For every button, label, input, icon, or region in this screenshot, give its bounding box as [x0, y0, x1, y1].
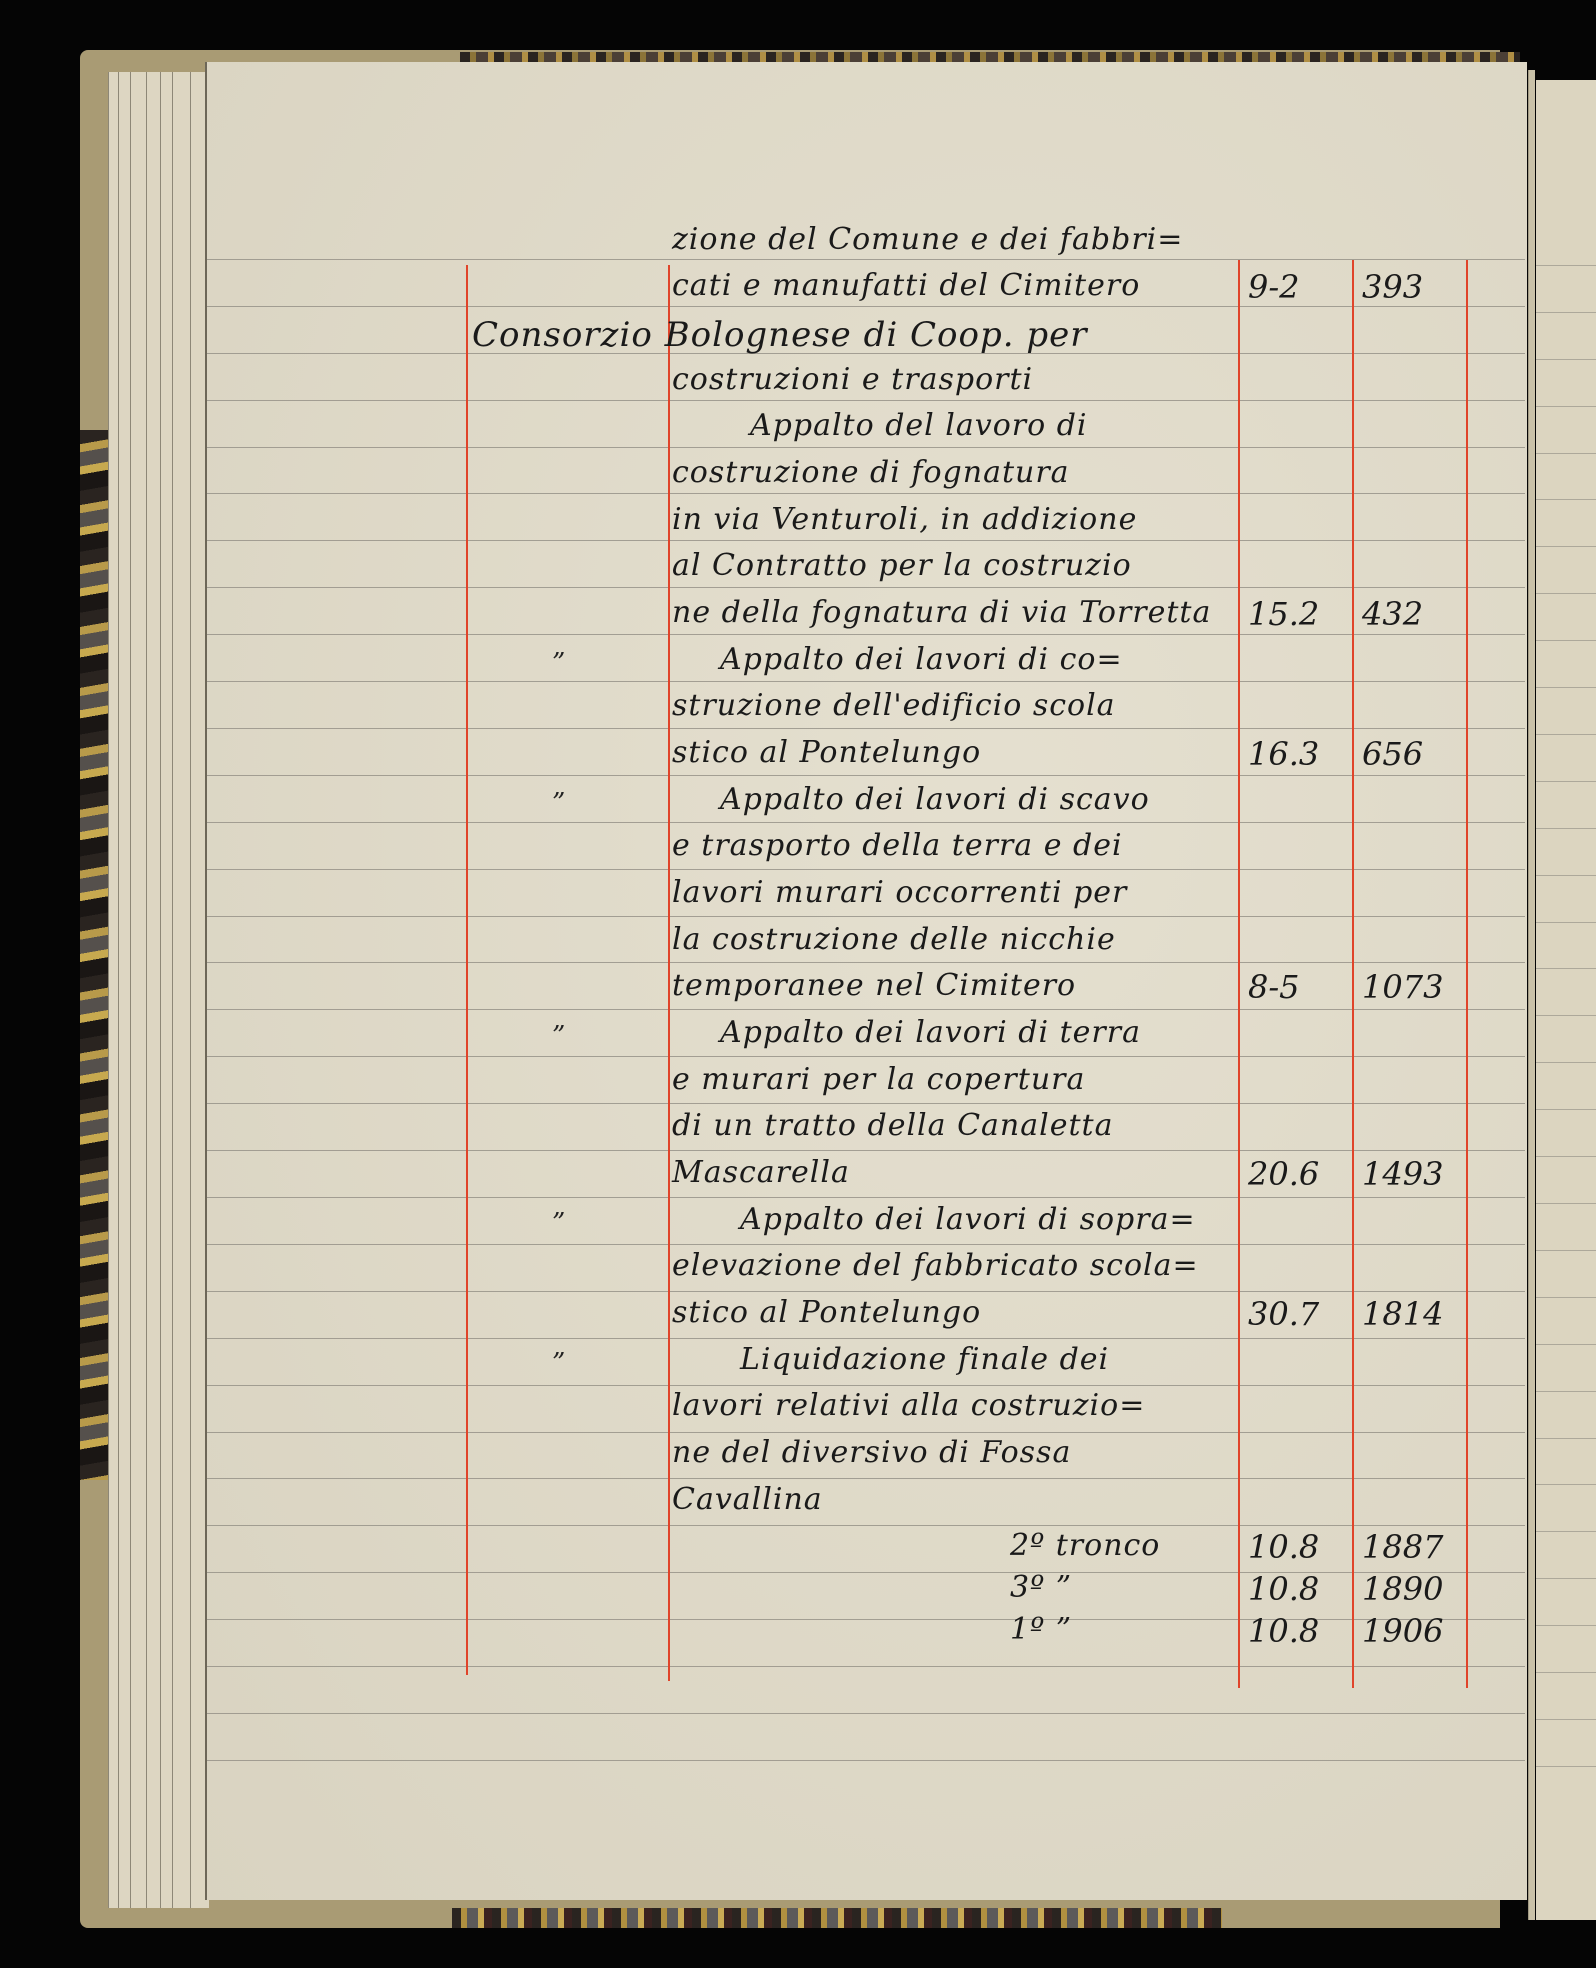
facing-ruled-line [1536, 593, 1596, 594]
entry-description: e trasporto della terra e dei [672, 828, 1123, 863]
facing-ruled-line [1536, 734, 1596, 735]
entry-description: lavori murari occorrenti per [672, 875, 1127, 910]
entry-description: stico al Pontelungo [672, 735, 981, 770]
entry-description: elevazione del fabbricato scola= [672, 1248, 1199, 1283]
ruled-line [207, 587, 1525, 588]
marbled-cover-edge-left [80, 430, 108, 1480]
ruled-line [207, 493, 1525, 494]
ditto-mark: ” [552, 1208, 565, 1238]
ruled-line [207, 1197, 1525, 1198]
facing-ruled-line [1536, 922, 1596, 923]
red-column-rule-name [466, 265, 468, 1675]
entry-description: temporanee nel Cimitero [672, 968, 1076, 1003]
ruled-line [207, 400, 1525, 401]
ruled-line [207, 962, 1525, 963]
red-column-rule-number [1352, 260, 1354, 1688]
facing-ruled-line [1536, 1484, 1596, 1485]
facing-ruled-line [1536, 1391, 1596, 1392]
ruled-line [207, 1103, 1525, 1104]
facing-page [1536, 80, 1596, 1920]
entry-number: 1073 [1362, 968, 1443, 1006]
entry-description: Appalto dei lavori di scavo [720, 782, 1150, 817]
facing-ruled-line [1536, 1578, 1596, 1579]
entry-description: Mascarella [672, 1155, 850, 1190]
ditto-mark: ” [552, 1021, 565, 1051]
entry-date: 9-2 [1248, 268, 1300, 306]
facing-ruled-line [1536, 312, 1596, 313]
facing-ruled-line [1536, 1203, 1596, 1204]
ruled-line [207, 728, 1525, 729]
facing-ruled-line [1536, 1766, 1596, 1767]
entry-description: la costruzione delle nicchie [672, 922, 1116, 957]
facing-ruled-line [1536, 1062, 1596, 1063]
facing-ruled-line [1536, 1625, 1596, 1626]
entry-date: 20.6 [1248, 1155, 1319, 1193]
entry-date: 15.2 [1248, 595, 1319, 633]
facing-ruled-line [1536, 406, 1596, 407]
entry-number: 1906 [1362, 1612, 1443, 1650]
entry-number: 656 [1362, 735, 1423, 773]
entry-description: struzione dell'edificio scola [672, 688, 1116, 723]
ruled-line [207, 1760, 1525, 1761]
ruled-line [207, 1385, 1525, 1386]
facing-ruled-line [1536, 453, 1596, 454]
entry-description: Appalto dei lavori di co= [720, 642, 1123, 677]
facing-ruled-line [1536, 1438, 1596, 1439]
ruled-line [207, 1432, 1525, 1433]
ruled-line [207, 1009, 1525, 1010]
facing-ruled-line [1536, 1719, 1596, 1720]
entry-description: costruzione di fognatura [672, 455, 1070, 490]
entry-description: costruzioni e trasporti [672, 362, 1033, 397]
facing-ruled-line [1536, 828, 1596, 829]
red-column-rule-description [668, 265, 670, 1681]
red-column-rule-date [1238, 260, 1240, 1688]
facing-ruled-line [1536, 1297, 1596, 1298]
entry-description: Cavallina [672, 1482, 823, 1517]
entry-number: 1890 [1362, 1570, 1443, 1608]
ruled-line [207, 1150, 1525, 1151]
entry-description: di un tratto della Canaletta [672, 1108, 1113, 1143]
ruled-line [207, 1291, 1525, 1292]
book-gutter [1528, 70, 1535, 1920]
ruled-line [207, 1244, 1525, 1245]
entry-description: ne della fognatura di via Torretta [672, 595, 1211, 630]
ruled-line [207, 259, 1525, 260]
ruled-line [207, 540, 1525, 541]
ruled-line [207, 775, 1525, 776]
entry-description: 2º tronco [1010, 1528, 1160, 1563]
entry-description: al Contratto per la costruzio [672, 548, 1132, 583]
facing-ruled-line [1536, 1156, 1596, 1157]
ruled-line [207, 822, 1525, 823]
ruled-line [207, 447, 1525, 448]
ruled-line [207, 1572, 1525, 1573]
ruled-line [207, 306, 1525, 307]
facing-ruled-line [1536, 687, 1596, 688]
facing-ruled-line [1536, 265, 1596, 266]
entry-description: 1º ” [1010, 1612, 1072, 1647]
facing-ruled-line [1536, 546, 1596, 547]
entry-date: 10.8 [1248, 1528, 1319, 1566]
marbled-cover-edge-bottom [452, 1908, 1222, 1928]
ruled-line [207, 1713, 1525, 1714]
entry-number: 1814 [1362, 1295, 1443, 1333]
facing-ruled-line [1536, 1672, 1596, 1673]
entry-description: Liquidazione finale dei [740, 1342, 1109, 1377]
entry-number: 432 [1362, 595, 1423, 633]
ditto-mark: ” [552, 648, 565, 678]
entry-date: 10.8 [1248, 1570, 1319, 1608]
entry-description: ne del diversivo di Fossa [672, 1435, 1071, 1470]
ruled-line [207, 634, 1525, 635]
red-column-rule-right [1466, 260, 1468, 1688]
entry-number: 1493 [1362, 1155, 1443, 1193]
entry-date: 10.8 [1248, 1612, 1319, 1650]
entry-description: Appalto dei lavori di sopra= [740, 1202, 1196, 1237]
facing-ruled-line [1536, 1015, 1596, 1016]
entry-description: Appalto del lavoro di [750, 408, 1088, 443]
facing-ruled-line [1536, 1250, 1596, 1251]
ditto-mark: ” [552, 788, 565, 818]
entry-date: 8-5 [1248, 968, 1300, 1006]
ruled-line [207, 869, 1525, 870]
ruled-line [207, 916, 1525, 917]
entry-description: zione del Comune e dei fabbri= [672, 222, 1183, 257]
ditto-mark: ” [552, 1348, 565, 1378]
ruled-line [207, 1525, 1525, 1526]
entry-description: lavori relativi alla costruzio= [672, 1388, 1145, 1423]
entry-date: 16.3 [1248, 735, 1319, 773]
ruled-line [207, 1338, 1525, 1339]
entry-date: 30.7 [1248, 1295, 1319, 1333]
facing-ruled-line [1536, 875, 1596, 876]
entry-number: 1887 [1362, 1528, 1443, 1566]
facing-ruled-line [1536, 640, 1596, 641]
entry-number: 393 [1362, 268, 1423, 306]
ruled-line [207, 1478, 1525, 1479]
entry-description: e murari per la copertura [672, 1062, 1085, 1097]
ruled-line [207, 1056, 1525, 1057]
facing-ruled-line [1536, 968, 1596, 969]
facing-ruled-line [1536, 781, 1596, 782]
facing-ruled-line [1536, 1344, 1596, 1345]
entry-description: 3º ” [1010, 1570, 1072, 1605]
entry-description: cati e manufatti del Cimitero [672, 268, 1140, 303]
ruled-line [207, 1619, 1525, 1620]
entry-description: stico al Pontelungo [672, 1295, 981, 1330]
entry-description: in via Venturoli, in addizione [672, 502, 1137, 537]
facing-ruled-line [1536, 1531, 1596, 1532]
entry-description: Appalto dei lavori di terra [720, 1015, 1141, 1050]
facing-ruled-line [1536, 359, 1596, 360]
facing-ruled-line [1536, 499, 1596, 500]
facing-ruled-line [1536, 1109, 1596, 1110]
ruled-line [207, 1666, 1525, 1667]
entry-name: Consorzio Bolognese di Coop. per [472, 315, 1088, 355]
ruled-line [207, 681, 1525, 682]
